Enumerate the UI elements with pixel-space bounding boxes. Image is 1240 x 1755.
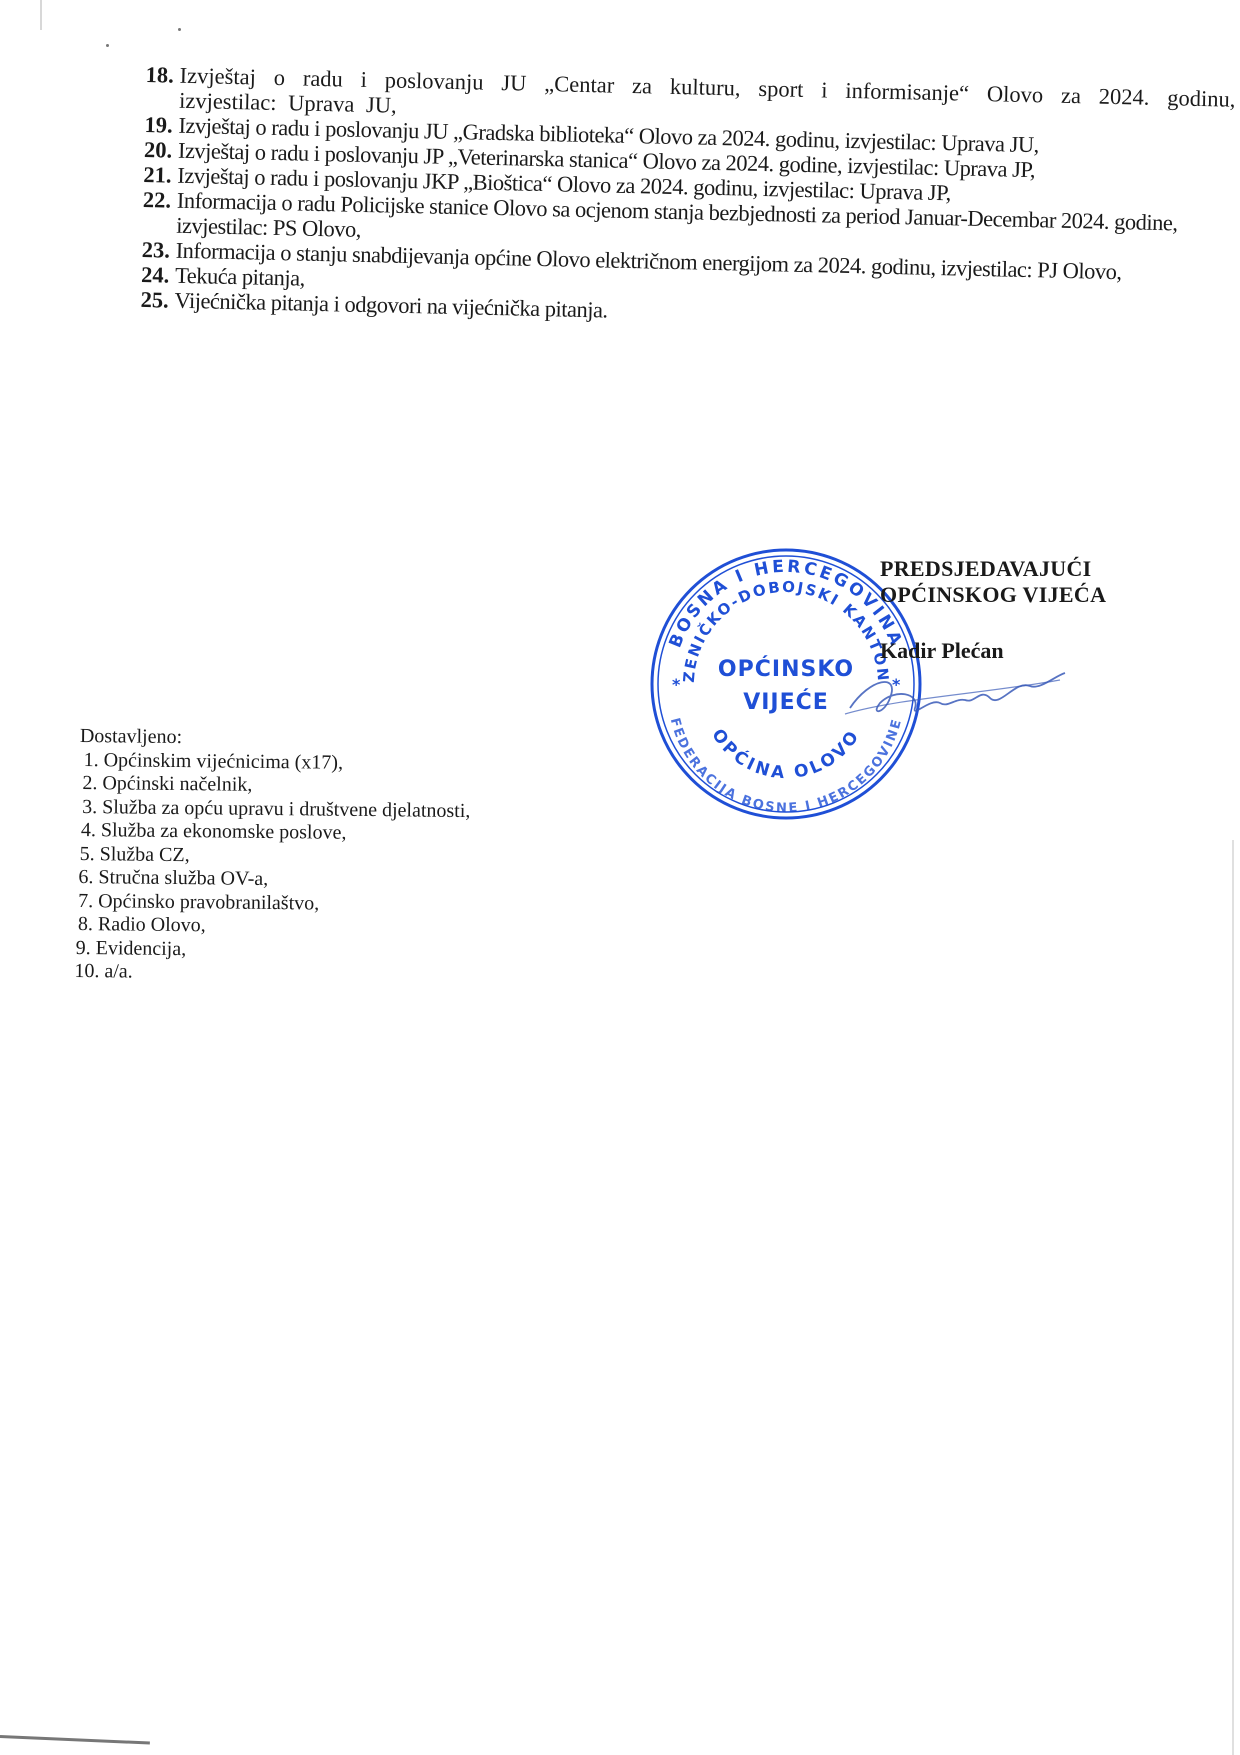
distribution-heading: Dostavljeno:	[80, 725, 471, 753]
agenda-item-number: 19.	[144, 112, 173, 138]
agenda-item-number: 22.	[143, 187, 172, 213]
distribution-list: Dostavljeno: 1. Općinskim vijećnicima (x…	[77, 725, 471, 988]
signatory-name: Kadir Plećan	[880, 638, 1106, 664]
scan-page-edge-right	[1232, 840, 1234, 1755]
agenda-item-number: 21.	[143, 162, 172, 188]
signature-block: PREDSJEDAVAJUĆI OPĆINSKOG VIJEĆA Kadir P…	[880, 556, 1106, 664]
stamp-center-line-1: OPĆINSKO	[718, 656, 854, 682]
signatory-title-line-1: PREDSJEDAVAJUĆI	[880, 556, 1106, 582]
distribution-item: 2. Općinski načelnik,	[79, 772, 470, 800]
scan-speck	[178, 28, 181, 31]
agenda-item-number: 24.	[141, 262, 170, 288]
distribution-item: 10. a/a.	[74, 960, 468, 988]
stamp-center-line-2: VIJEĆE	[743, 689, 829, 715]
agenda-item-number: 23.	[141, 237, 170, 263]
stamp-inner-bottom-text: OPĆINA OLOVO	[707, 725, 864, 783]
distribution-item: 9. Evidencija,	[76, 936, 469, 964]
signatory-title-line-2: OPĆINSKOG VIJEĆA	[880, 582, 1106, 608]
agenda-item-number: 20.	[144, 137, 173, 163]
distribution-item: 4. Služba za ekonomske poslove,	[79, 819, 470, 847]
scan-bottom-shadow	[0, 1735, 150, 1745]
stamp-star-icon: *	[672, 675, 681, 694]
handwritten-signature	[840, 668, 1070, 728]
agenda-item-number: 18.	[145, 62, 174, 88]
distribution-item: 8. Radio Olovo,	[78, 913, 469, 941]
agenda-item-number: 25.	[140, 287, 169, 313]
scan-speck	[106, 44, 109, 47]
agenda-list: 18. Izvještaj o radu i poslovanju JU „Ce…	[140, 62, 1235, 337]
distribution-item: 6. Stručna služba OV-a,	[78, 866, 469, 894]
scan-page-edge	[40, 0, 42, 30]
